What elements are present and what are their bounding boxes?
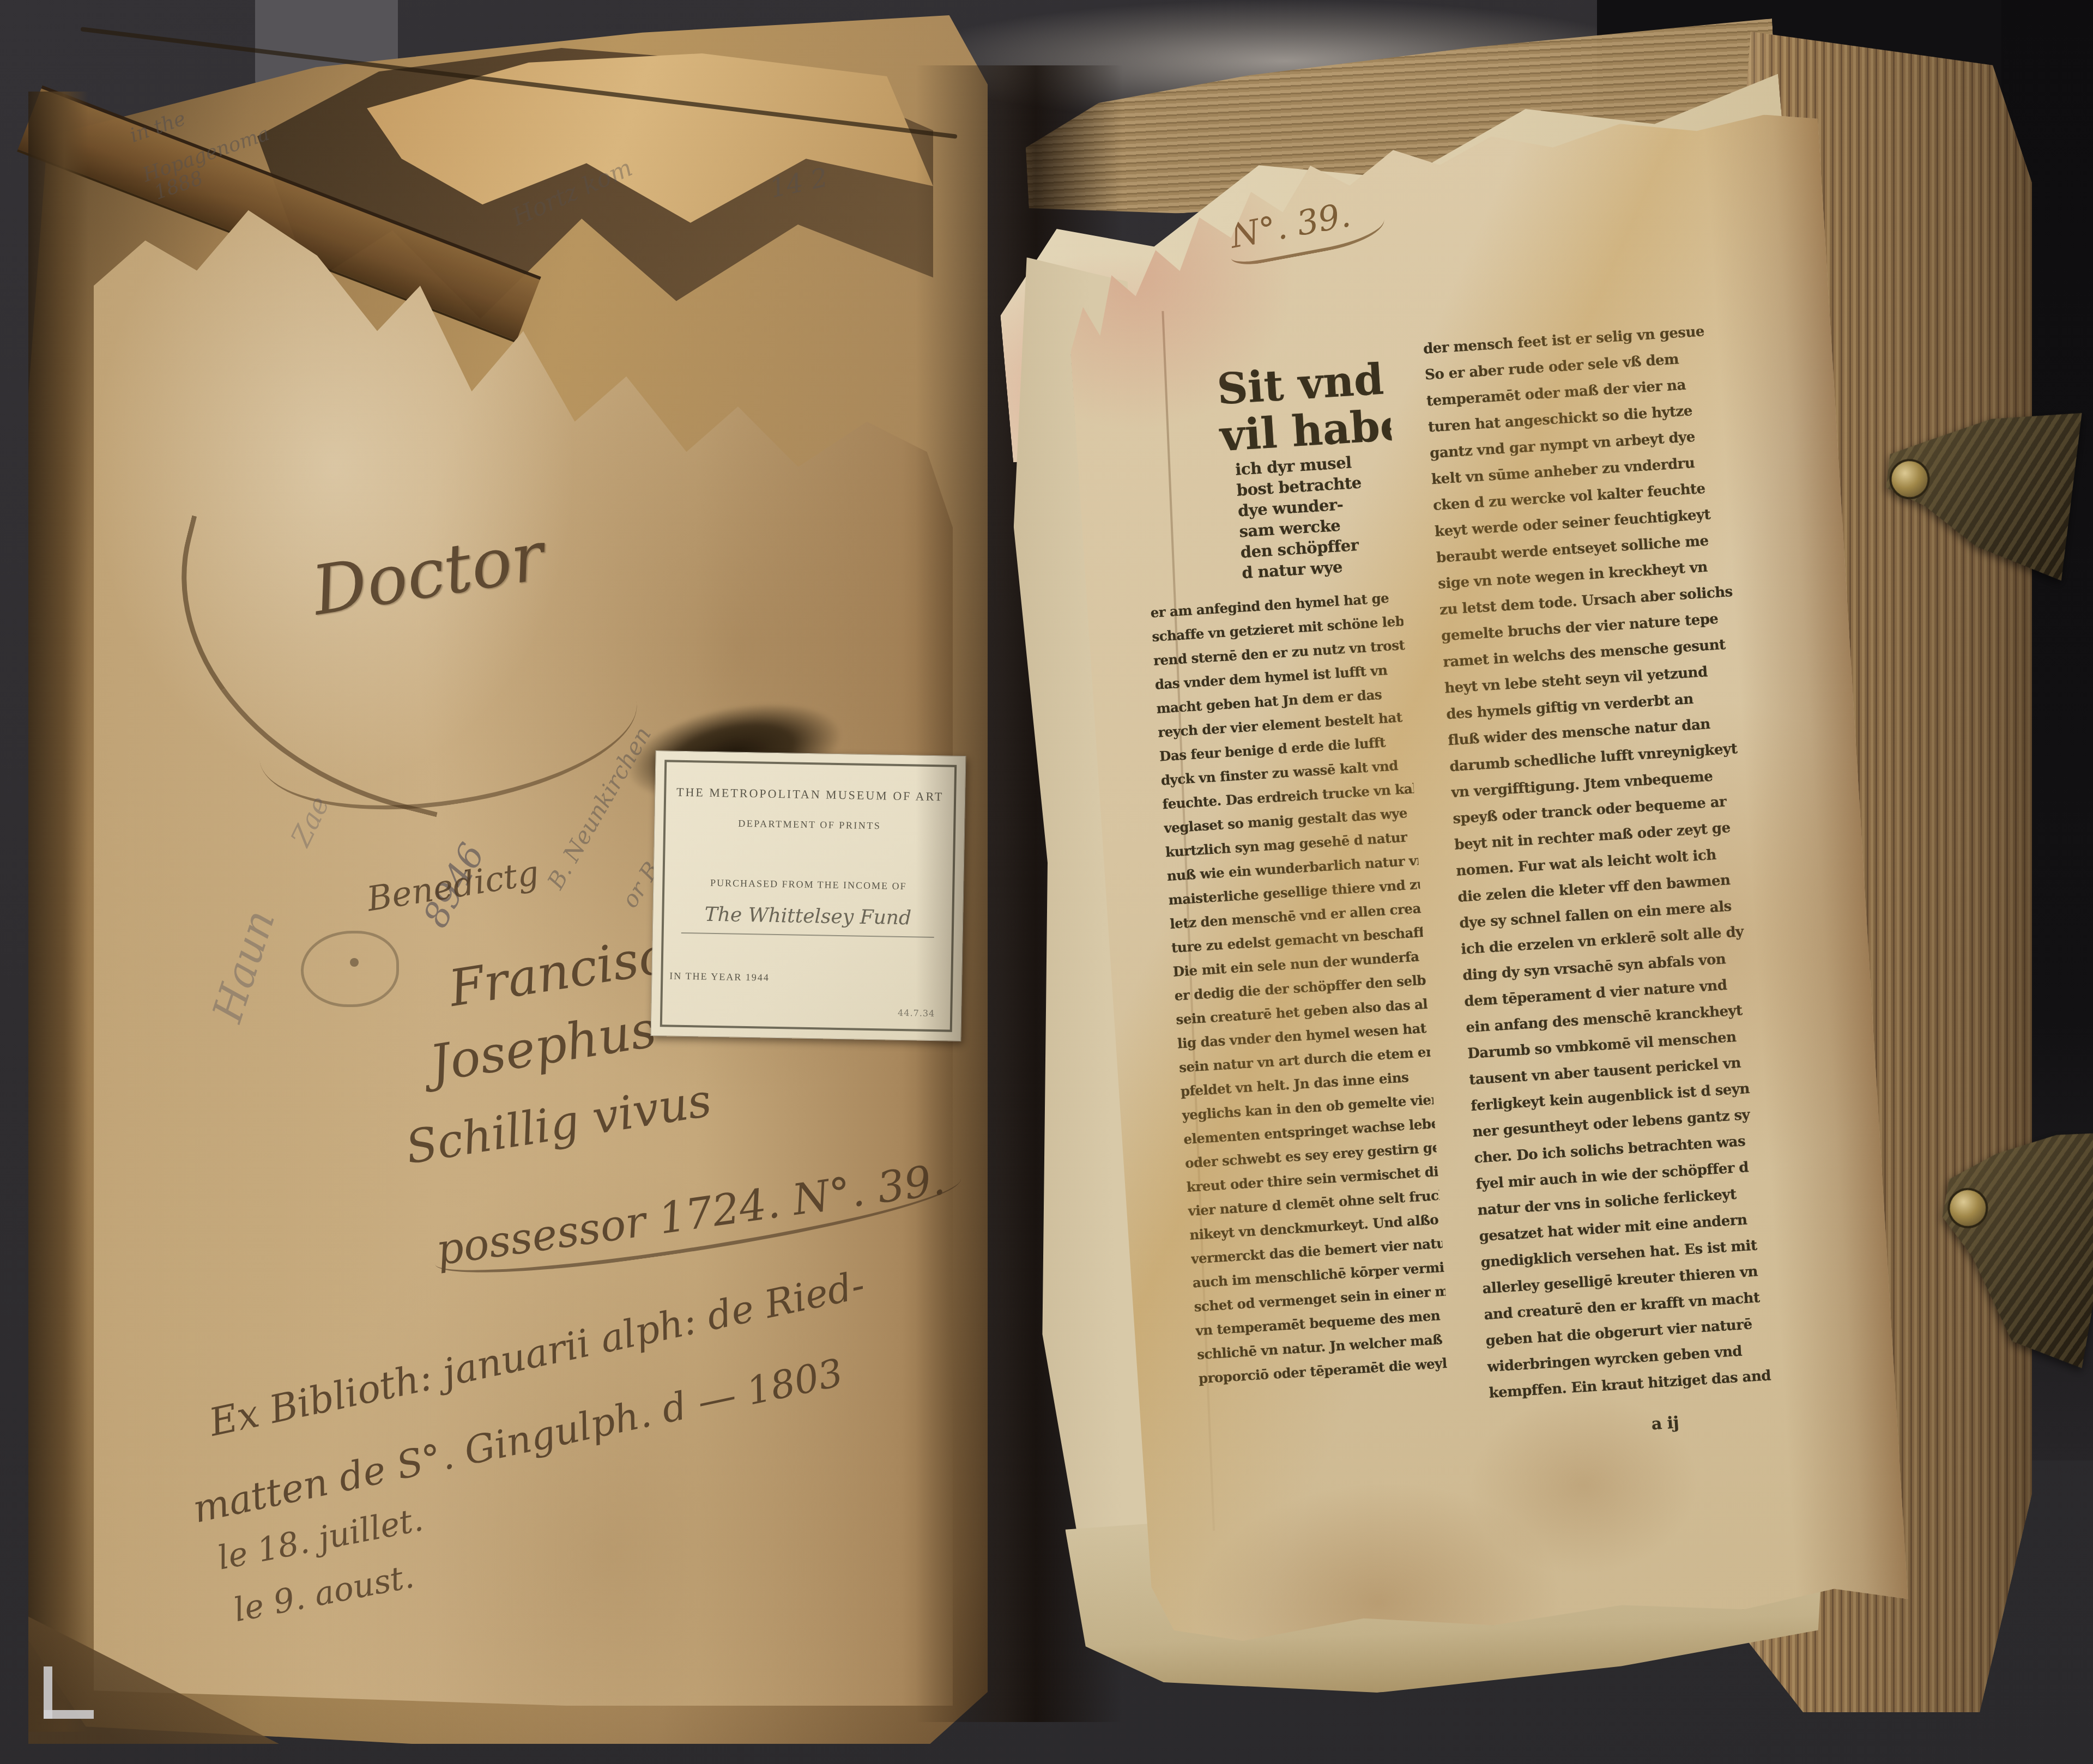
photo-of-open-incunable: in the Hopagenoma 1888 Hortz kom 14 2 Do… [0,0,2093,1764]
text-column-left: Sit vndvil habe ich dyr muselbost betrac… [1135,356,1451,1391]
bookplate-fund-handwriting: The Whittelsey Fund [664,902,952,930]
blackletter-body-right: der mensch feet ist er selig vn gesueSo … [1423,315,1822,1406]
bookplate-border: THE METROPOLITAN MUSEUM OF ART DEPARTMEN… [660,760,957,1032]
signature-mark: a ij [1651,1413,1679,1434]
corner-registration-mark [44,1710,94,1719]
bookplate-department: DEPARTMENT OF PRINTS [666,816,953,833]
chapter-subheading: ich dyr muselbost betrachtedye wunder-sa… [1141,450,1400,590]
blackletter-body-left: er am anfegind den hymel hat geschaffe v… [1150,585,1450,1391]
manuscript-number-39: N°. 39. [1224,189,1388,269]
bookplate-year-line: IN THE YEAR 1944 [669,971,770,984]
text-column-right: der mensch feet ist er selig vn gesueSo … [1423,315,1822,1406]
chapter-heading: Sit vndvil habe [1135,356,1393,465]
text-line: vil habe [1219,403,1393,460]
bookplate-rule [681,932,934,938]
bookplate-title: THE METROPOLITAN MUSEUM OF ART [666,785,954,804]
bookplate-purchased-line: PURCHASED FROM THE INCOME OF [664,876,952,893]
pencil-doodle-circle [301,931,399,1007]
brass-clasp-upper [1877,390,2082,580]
pencil-doodle-dot [350,958,359,967]
cover-left-edge [28,92,88,1732]
printed-page: W. N°. 39. Sit vndvil habe ich dyr musel… [1058,111,1911,1646]
